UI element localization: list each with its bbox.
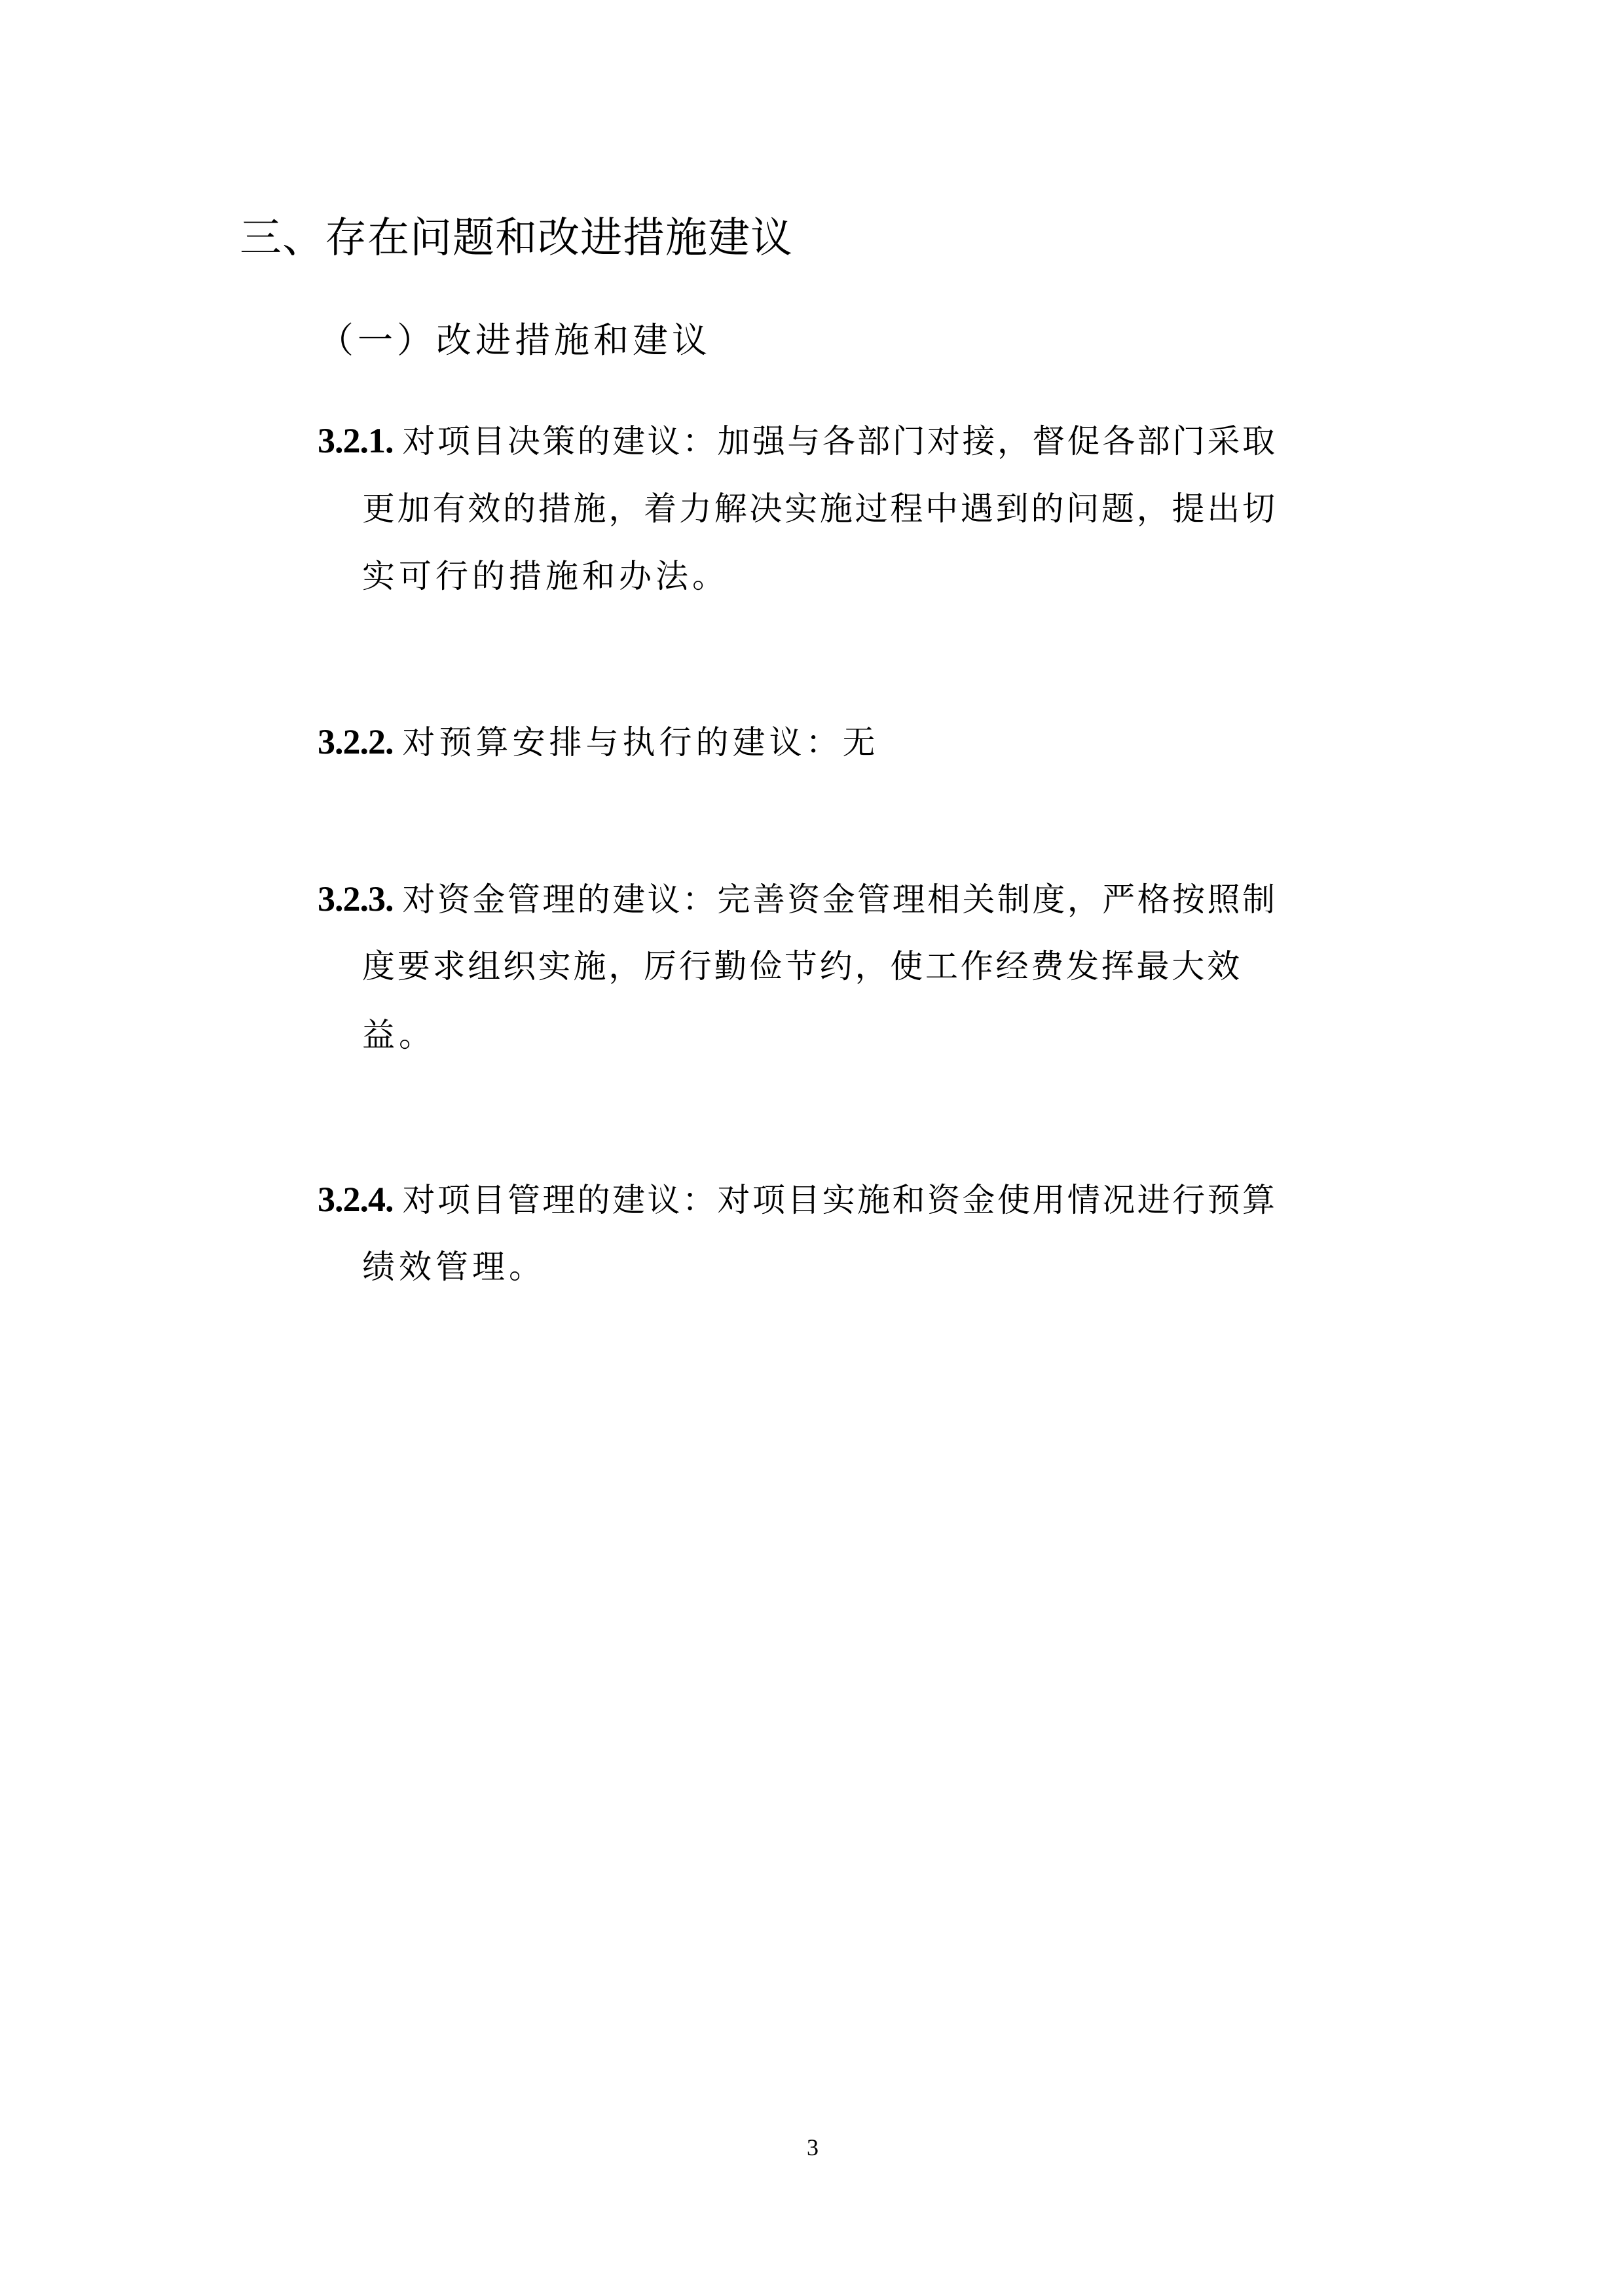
item-text: 对项目决策的建议：加强与各部门对接，督促各部门采取 <box>403 418 1276 464</box>
item-text: 对项目管理的建议：对项目实施和资金使用情况进行预算 <box>403 1177 1276 1223</box>
item-text: 度要求组织实施，厉行勤俭节约，使工作经费发挥最大效 <box>362 943 1240 989</box>
item-number: 3.2.1. <box>318 418 394 464</box>
paragraph-line: 益。 <box>362 1012 435 1058</box>
paragraph-line: 3.2.2. 对预算安排与执行的建议：无 <box>318 719 879 765</box>
item-number: 3.2.2. <box>318 719 394 765</box>
section-heading: 三、存在问题和改进措施建议 <box>240 211 793 266</box>
item-number: 3.2.3. <box>318 876 394 922</box>
paragraph-line: 更加有效的措施，着力解决实施过程中遇到的问题，提出切 <box>362 486 1275 532</box>
item-text: 益。 <box>362 1012 435 1058</box>
paragraph-line: 3.2.4. 对项目管理的建议：对项目实施和资金使用情况进行预算 <box>318 1176 1275 1222</box>
item-text: 实可行的措施和办法。 <box>362 553 729 599</box>
paragraph-line: 绩效管理。 <box>362 1244 545 1290</box>
page-number: 3 <box>807 2133 819 2162</box>
item-text: 对预算安排与执行的建议：无 <box>403 720 879 765</box>
item-text: 绩效管理。 <box>362 1244 545 1290</box>
paragraph-line: 度要求组织实施，厉行勤俭节约，使工作经费发挥最大效 <box>362 943 1240 989</box>
item-text: 对资金管理的建议：完善资金管理相关制度，严格按照制 <box>403 877 1276 922</box>
paragraph-line: 实可行的措施和办法。 <box>362 553 729 599</box>
subsection-heading: （一）改进措施和建议 <box>318 317 711 364</box>
paragraph-line: 3.2.1. 对项目决策的建议：加强与各部门对接，督促各部门采取 <box>318 418 1275 464</box>
paragraph-line: 3.2.3. 对资金管理的建议：完善资金管理相关制度，严格按照制 <box>318 876 1275 922</box>
item-text: 更加有效的措施，着力解决实施过程中遇到的问题，提出切 <box>362 486 1275 532</box>
item-number: 3.2.4. <box>318 1176 394 1222</box>
